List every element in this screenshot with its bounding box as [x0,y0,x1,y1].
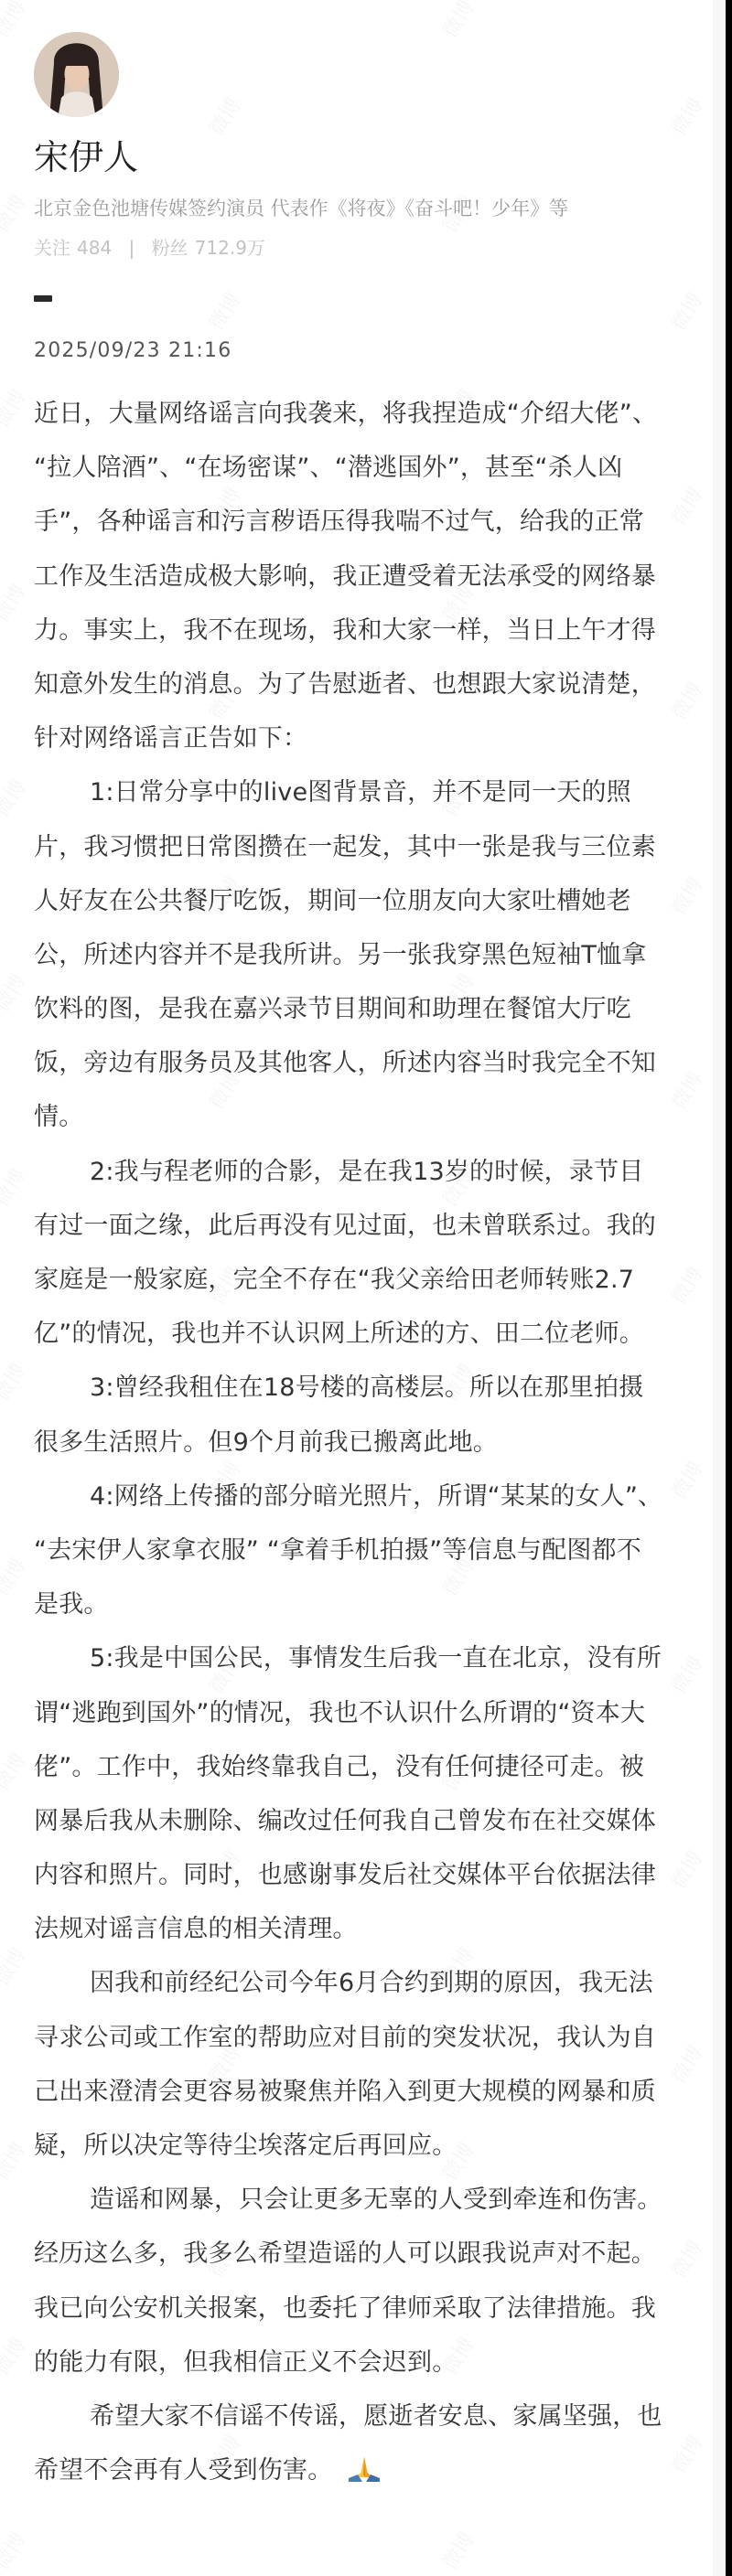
text-line: 4:网络上传播的部分暗光照片，所谓“某某的女人”、 [34,1470,716,1523]
text-line: 的能力有限，但我相信正义不会迟到。 [34,2336,716,2389]
text-line: “拉人陪酒”、“在场密谋”、“潜逃国外”，甚至“杀人凶 [34,441,716,495]
paragraph-intro: 近日，大量网络谣言向我袭来，将我捏造成“介绍大佬”、 “拉人陪酒”、“在场密谋”… [34,387,716,765]
text-line: 人好友在公共餐厅吃饭，期间一位朋友向大家吐槽她老 [34,874,716,928]
text-line: 有过一面之缘，此后再没有见过面，也未曾联系过。我的 [34,1199,716,1253]
text-line: 寻求公司或工作室的帮助应对目前的突发状况，我认为自 [34,2011,716,2065]
text-line: 很多生活照片。但9个月前我已搬离此地。 [34,1416,716,1470]
text-line-with-emoji: 希望不会再有人受到伤害。 [34,2443,716,2497]
text-line: 3:曾经我租住在18号楼的高楼层。所以在那里拍摄 [34,1361,716,1415]
text-line: 经历这么多，我多么希望造谣的人可以跟我说声对不起。 [34,2227,716,2281]
watermark: 微博 [0,2331,32,2380]
watermark: 微博 [0,0,32,43]
watermark: 微博 [201,286,247,336]
followers-label: 粉丝 [152,237,188,259]
section-divider-dash [34,295,52,302]
post-timestamp: 2025/09/23 21:16 [34,339,231,363]
text-line: 饭，旁边有服务员及其他客人，所述内容当时我完全不知 [34,1036,716,1090]
paragraph-closing: 希望大家不信谣不传谣，愿逝者安息、家属坚强，也 希望不会再有人受到伤害。 [34,2389,716,2497]
text-line: 谓“逃跑到国外”的情况，我也不认识什么所谓的“资本大 [34,1686,716,1740]
profile-name[interactable]: 宋伊人 [34,138,138,176]
watermark: 微博 [0,383,32,433]
text-line: 佬”。工作中，我始终靠我自己，没有任何捷径可走。被 [34,1740,716,1794]
paragraph-contract: 因我和前经纪公司今年6月合约到期的原因，我无法 寻求公司或工作室的帮助应对目前的… [34,1956,716,2173]
text-line: 希望大家不信谣不传谣，愿逝者安息、家属坚强，也 [34,2389,716,2443]
stats-divider: | [129,237,135,259]
paragraph-point-3: 3:曾经我租住在18号楼的高楼层。所以在那里拍摄 很多生活照片。但9个月前我已搬… [34,1361,716,1469]
text-line: 力。事实上，我不在现场，我和大家一样，当日上午才得 [34,604,716,657]
text-line: 1:日常分享中的live图背景音，并不是同一天的照 [34,765,716,819]
text-line: 手”，各种谣言和污言秽语压得我喘不过气，给我的正常 [34,495,716,549]
watermark: 微博 [435,2526,480,2575]
text-line: 法规对谣言信息的相关清理。 [34,1902,716,1956]
profile-bio: 北京金色池塘传媒签约演员 代表作《将夜》《奋斗吧！少年》等 [34,197,568,220]
watermark: 微博 [0,773,32,822]
followers-link[interactable]: 粉丝712.9万 [145,237,265,259]
watermark: 微博 [0,1747,32,1796]
text-line: 针对网络谣言正告如下： [34,711,716,765]
followers-count: 712.9万 [195,237,265,259]
text-line: 5:我是中国公民，事情发生后我一直在北京，没有所 [34,1631,716,1685]
text-line: 片，我习惯把日常图攒在一起发，其中一张是我与三位素 [34,820,716,874]
watermark: 微博 [0,1357,32,1406]
text-line: 是我。 [34,1577,716,1631]
praying-hands-icon [347,2455,382,2483]
text-line: 希望不会再有人受到伤害。 [34,2456,332,2485]
text-line: 饮料的图，是我在嘉兴录节目期间和助理在餐馆大厅吃 [34,982,716,1036]
text-line: 我已向公安机关报案，也委托了律师采取了法律措施。我 [34,2282,716,2336]
text-line: 知意外发生的消息。为了告慰逝者、也想跟大家说清楚， [34,657,716,711]
paragraph-point-5: 5:我是中国公民，事情发生后我一直在北京，没有所 谓“逃跑到国外”的情况，我也不… [34,1631,716,1956]
text-line: 造谣和网暴，只会让更多无辜的人受到牵连和伤害。 [34,2173,716,2227]
post-body: 近日，大量网络谣言向我袭来，将我捏造成“介绍大佬”、 “拉人陪酒”、“在场密谋”… [34,387,716,2497]
watermark: 微博 [0,1162,32,1212]
following-label: 关注 [34,237,70,259]
watermark: 微博 [0,2526,32,2575]
text-line: 己出来澄清会更容易被聚焦并陷入到更大规模的网暴和质 [34,2065,716,2119]
text-line: 2:我与程老师的合影，是在我13岁的时候，录节目 [34,1145,716,1199]
text-line: 网暴后我从未删除、编改过任何我自己曾发布在社交媒体 [34,1794,716,1848]
paragraph-point-1: 1:日常分享中的live图背景音，并不是同一天的照 片，我习惯把日常图攒在一起发… [34,765,716,1144]
window-edge [726,0,732,2576]
text-line: 内容和照片。同时，也感谢事发后社交媒体平台依据法律 [34,1848,716,1902]
profile-stats: 关注484 | 粉丝712.9万 [34,236,265,260]
watermark: 微博 [0,1552,32,1601]
watermark: 微博 [663,286,709,336]
paragraph-point-4: 4:网络上传播的部分暗光照片，所谓“某某的女人”、 “去宋伊人家拿衣服” “拿着… [34,1470,716,1632]
text-line: 公，所述内容并不是我所讲。另一张我穿黑色短袖T恤拿 [34,928,716,982]
avatar[interactable] [34,32,119,117]
watermark: 微博 [663,91,709,141]
watermark: 微博 [0,578,32,627]
following-count: 484 [77,237,112,259]
watermark: 微博 [201,91,247,141]
text-line: 情。 [34,1090,716,1144]
text-line: 疑，所以决定等待尘埃落定后再回应。 [34,2119,716,2173]
watermark: 微博 [0,1941,32,1991]
watermark: 微博 [0,967,32,1017]
following-link[interactable]: 关注484 [34,237,118,259]
text-line: 因我和前经纪公司今年6月合约到期的原因，我无法 [34,1956,716,2010]
paragraph-legal-action: 造谣和网暴，只会让更多无辜的人受到牵连和伤害。 经历这么多，我多么希望造谣的人可… [34,2173,716,2389]
text-line: “去宋伊人家拿衣服” “拿着手机拍摄”等信息与配图都不 [34,1523,716,1577]
text-line: 近日，大量网络谣言向我袭来，将我捏造成“介绍大佬”、 [34,387,716,441]
avatar-photo-icon [34,32,119,117]
watermark: 微博 [435,0,480,43]
paragraph-point-2: 2:我与程老师的合影，是在我13岁的时候，录节目 有过一面之缘，此后再没有见过面… [34,1145,716,1362]
text-line: 亿”的情况，我也并不认识网上所述的方、田二位老师。 [34,1307,716,1361]
watermark: 微博 [0,2136,32,2186]
text-line: 家庭是一般家庭，完全不存在“我父亲给田老师转账2.7 [34,1253,716,1307]
text-line: 工作及生活造成极大影响，我正遭受着无法承受的网络暴 [34,550,716,604]
watermark: 微博 [0,188,32,238]
